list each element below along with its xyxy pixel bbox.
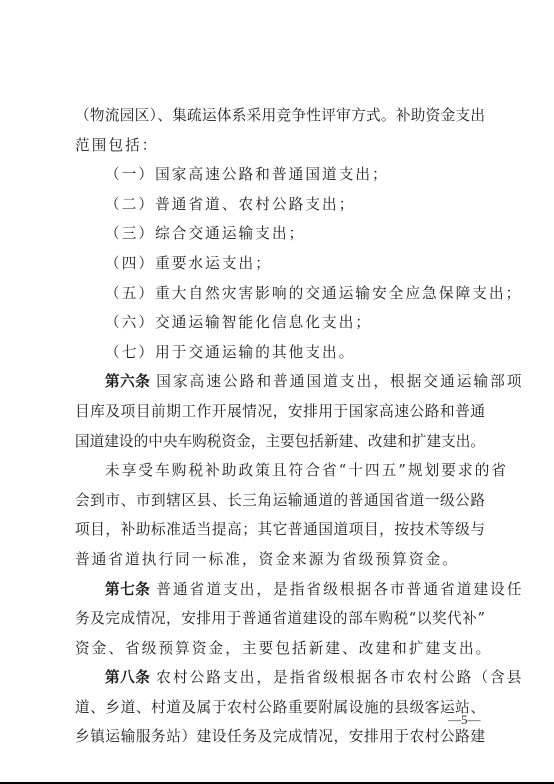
article-8-first-line: 第八条农村公路支出，是指省级根据各市农村公路（含县 [75,663,485,693]
list-item-1: （一）国家高速公路和普通国道支出； [75,160,485,190]
article-7-label: 第七条 [105,581,150,598]
list-item-2: （二）普通省道、农村公路支出； [75,190,485,220]
article-7-text: 普通省道支出，是指省级根据各市普通省道建设任 [156,581,523,598]
text-line: 道、乡道、村道及属于农村公路重要附属设施的县级客运站、 [75,693,485,723]
article-6-first-line: 第六条国家高速公路和普通国道支出，根据交通运输部项 [75,367,485,397]
article-7-first-line: 第七条普通省道支出，是指省级根据各市普通省道建设任 [75,575,485,605]
text-line: 会到市、市到辖区县、长三角运输通道的普通国省道一级公路 [75,486,485,516]
text-line: 普通省道执行同一标准，资金来源为省级预算资金。 [75,545,485,575]
article-8-text: 农村公路支出，是指省级根据各市农村公路（含县 [156,669,523,686]
text-line: 项目，补助标准适当提高；其它普通国道项目，按技术等级与 [75,515,485,545]
text-line: 乡镇运输服务站）建设任务及完成情况，安排用于农村公路建 [75,722,485,752]
article-8-label: 第八条 [105,669,150,686]
list-item-7: （七）用于交通运输的其他支出。 [75,338,485,368]
text-line: 务及完成情况，安排用于普通省道建设的部车购税“以奖代补” [75,604,485,634]
paragraph-first-line: 未享受车购税补助政策且符合省“十四五”规划要求的省 [75,456,485,486]
document-page: （物流园区）、集疏运体系采用竞争性评审方式。补助资金支出 范围包括： （一）国家… [0,0,554,782]
list-item-6: （六）交通运输智能化信息化支出； [75,308,485,338]
article-6-label: 第六条 [105,373,150,390]
list-item-3: （三）综合交通运输支出； [75,219,485,249]
text-line: 国道建设的中央车购税资金，主要包括新建、改建和扩建支出。 [75,427,485,457]
document-body: （物流园区）、集疏运体系采用竞争性评审方式。补助资金支出 范围包括： （一）国家… [75,101,485,752]
page-number: —5— [448,712,481,728]
text-line: 资金、省级预算资金，主要包括新建、改建和扩建支出。 [75,634,485,664]
text-line: （物流园区）、集疏运体系采用竞争性评审方式。补助资金支出 [75,101,485,131]
list-item-5: （五）重大自然灾害影响的交通运输安全应急保障支出； [75,279,485,309]
text-line: 范围包括： [75,131,485,161]
article-6-text: 国家高速公路和普通国道支出，根据交通运输部项 [156,373,523,390]
text-line: 目库及项目前期工作开展情况，安排用于国家高速公路和普通 [75,397,485,427]
list-item-4: （四）重要水运支出； [75,249,485,279]
